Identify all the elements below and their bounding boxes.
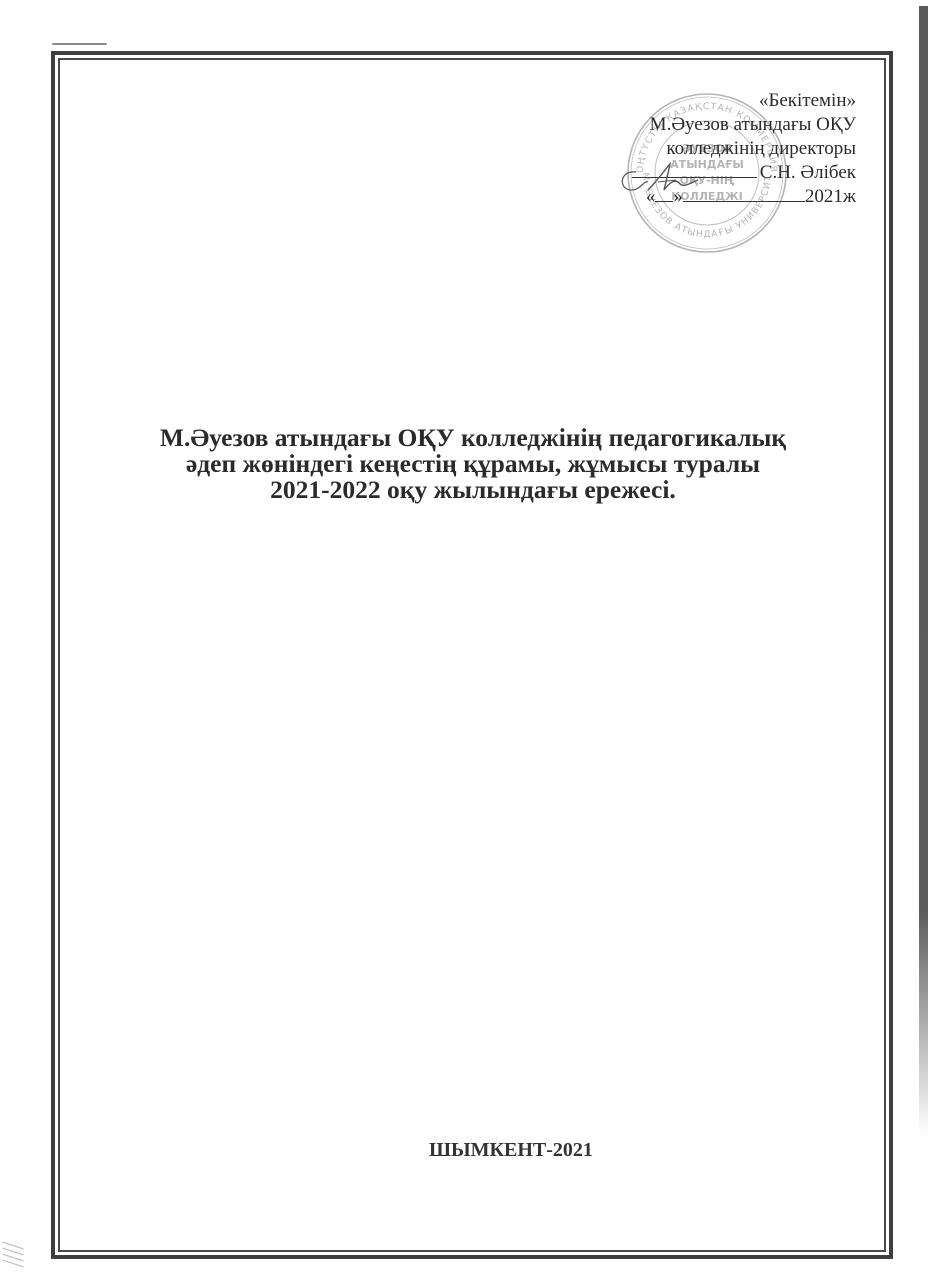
scan-artifact-marks [2, 1245, 24, 1275]
city-year: ШЫМКЕНТ-2021 [60, 1138, 930, 1162]
title-line-2: әдеп жөніндегі кеңестің құрамы, жұмысы т… [60, 451, 886, 477]
approval-year: 2021ж [805, 186, 856, 207]
approval-position: колледжінің директоры [632, 137, 856, 161]
scan-artifact-line [52, 43, 107, 45]
signature-icon [618, 160, 738, 200]
approval-institution: М.Әуезов атындағы ОҚУ [632, 113, 856, 137]
document-title: М.Әуезов атындағы ОҚУ колледжінің педаго… [60, 425, 886, 503]
approval-heading: «Бекітемін» [632, 89, 856, 113]
scanner-edge-shadow [919, 6, 928, 1136]
title-line-3: 2021-2022 оқу жылындағы ережесі. [60, 477, 886, 503]
title-line-1: М.Әуезов атындағы ОҚУ колледжінің педаго… [60, 425, 886, 451]
signatory-name: С.Н. Әлібек [760, 162, 856, 183]
